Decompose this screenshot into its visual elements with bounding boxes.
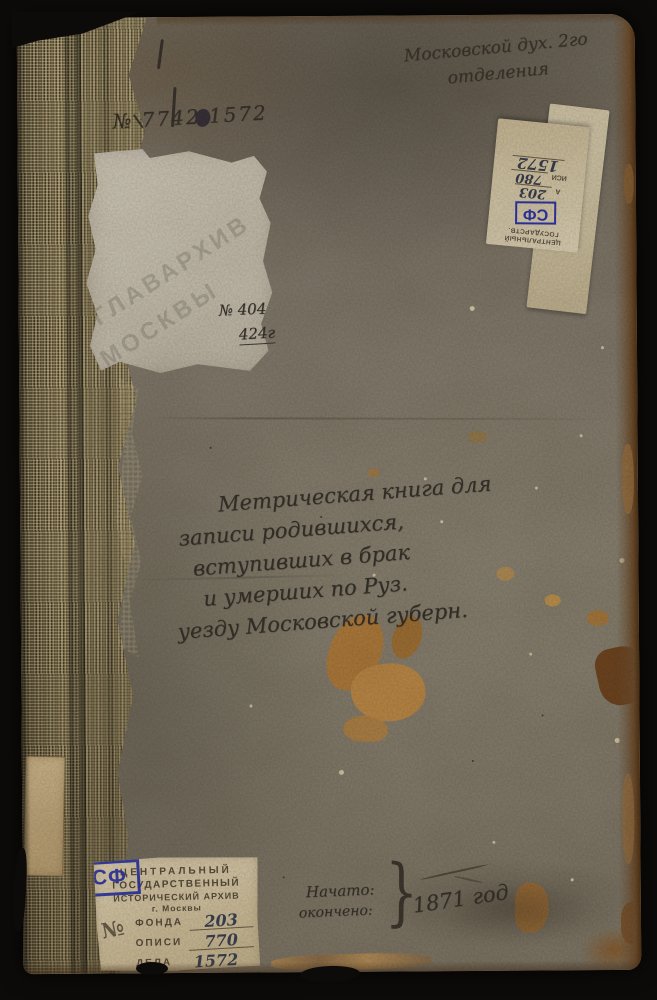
photo-background: ГЛАВАРХИВ МОСКВЫ № 7742 1572 № 404 424г … bbox=[0, 0, 657, 1000]
edge-chip bbox=[622, 774, 635, 864]
patch-number: 424г bbox=[238, 323, 275, 345]
pen-flourish bbox=[454, 875, 484, 883]
edge-notch bbox=[136, 962, 168, 975]
field-label: ФОНДА bbox=[135, 917, 183, 931]
edge-chip bbox=[624, 164, 634, 204]
field-value: 1572 bbox=[512, 155, 565, 173]
stain bbox=[344, 716, 388, 742]
field-row: ФОНДА 203 bbox=[135, 909, 253, 931]
finished-label: окончено: bbox=[298, 903, 372, 922]
field-row: ОПИСИ 770 bbox=[135, 929, 253, 951]
brace-glyph: } bbox=[385, 848, 419, 936]
field-label: ОПИСИ bbox=[136, 937, 183, 951]
numero-symbol: № bbox=[99, 915, 126, 944]
handwritten-title: Метрическая книга для записи родившихся,… bbox=[165, 462, 586, 648]
book-cover: ГЛАВАРХИВ МОСКВЫ № 7742 1572 № 404 424г … bbox=[17, 14, 642, 974]
pen-flourish bbox=[420, 864, 489, 881]
year-text: 1871 год bbox=[411, 880, 510, 918]
started-label: Начато: bbox=[306, 880, 375, 901]
field-value: 770 bbox=[188, 931, 254, 951]
field-label: А bbox=[555, 187, 561, 194]
bottom-note: Начато: окончено: } 1871 год bbox=[269, 862, 523, 967]
archive-label: ЦЕНТРАЛЬНЫЙ ГОСУДАРСТВЕННЫЙ ИСТОРИЧЕСКИЙ… bbox=[94, 855, 261, 973]
edge-chip bbox=[622, 444, 634, 514]
sf-stamp: СФ bbox=[514, 201, 555, 224]
label-slip-front: ЦЕНТРАЛЬНЫЙ ГОСУДАРСТВ. СФ А 203 ИСИ 780… bbox=[486, 118, 590, 252]
stain bbox=[587, 610, 609, 626]
patch-number: № 404 bbox=[218, 300, 266, 320]
field-value: 203 bbox=[189, 911, 254, 931]
stain bbox=[468, 431, 488, 443]
